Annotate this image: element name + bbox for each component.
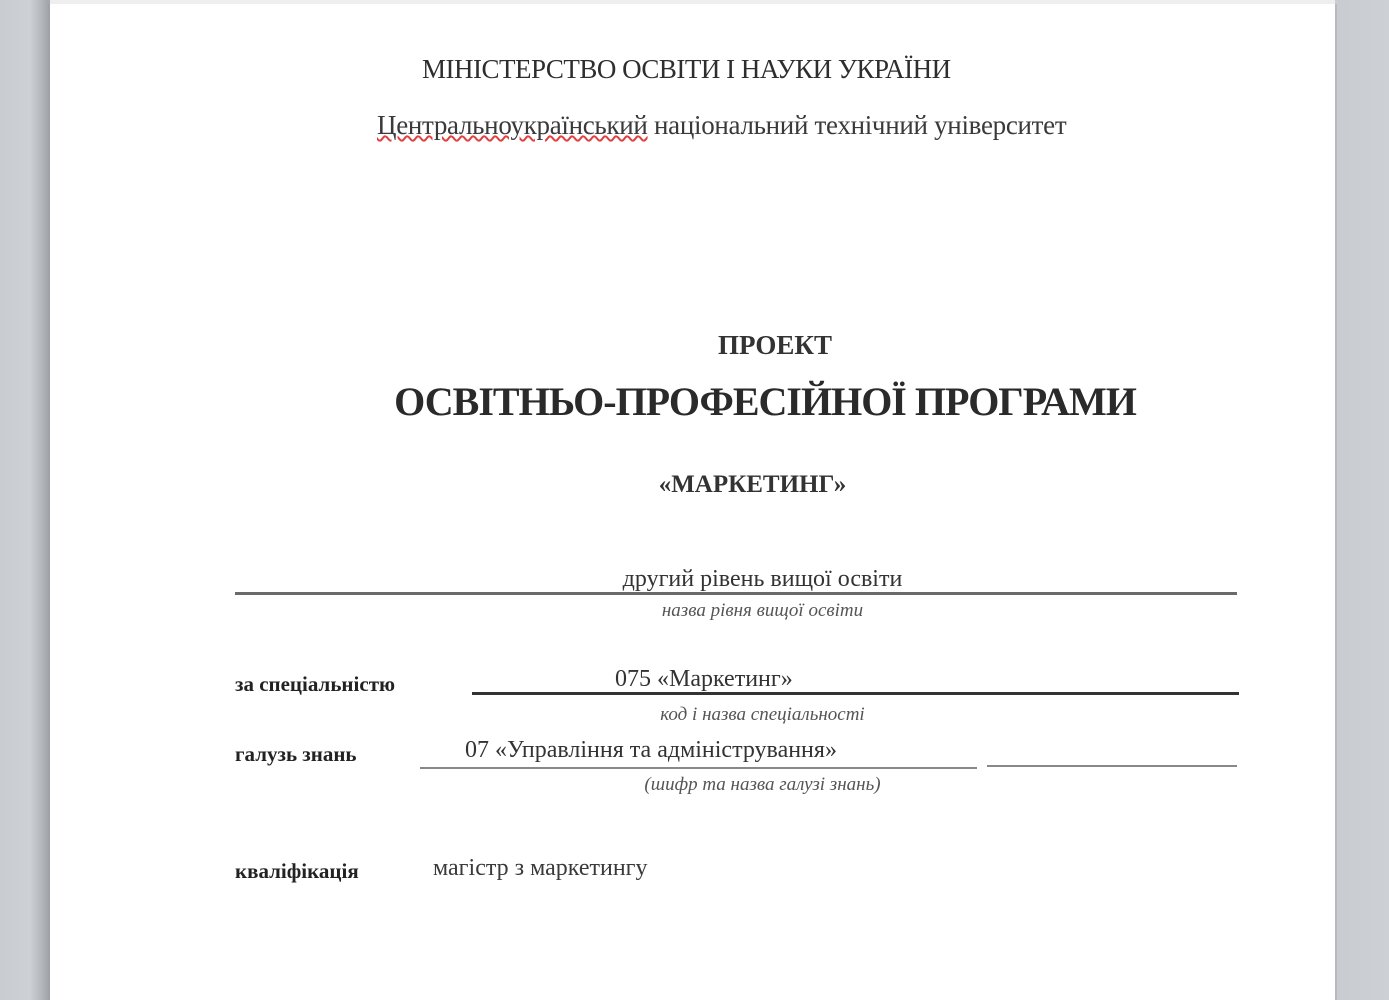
field-of-knowledge-line [420, 767, 977, 769]
specialty-caption: код і назва спеціальності [50, 704, 1335, 726]
program-title: ОСВІТНЬО-ПРОФЕСІЙНОЇ ПРОГРАМИ [50, 378, 1335, 425]
document-page[interactable]: МІНІСТЕРСТВО ОСВІТИ І НАУКИ УКРАЇНИ Цент… [50, 4, 1335, 1000]
education-level-value: другий рівень вищої освіти [50, 566, 1335, 593]
specialty-label: за спеціальністю [235, 672, 395, 697]
qualification-value: магістр з маркетингу [433, 855, 648, 882]
education-level-caption: назва рівня вищої освіти [50, 600, 1335, 622]
university-name-rest: національний технічний університет [648, 110, 1067, 140]
university-name: Центральноукраїнський національний техні… [377, 110, 1066, 141]
field-of-knowledge-value: 07 «Управління та адміністрування» [465, 737, 837, 764]
project-label: ПРОЕКТ [50, 330, 1335, 361]
specialty-line [472, 692, 1239, 695]
spellcheck-underlined-word[interactable]: Центральноукраїнський [377, 110, 648, 140]
field-of-knowledge-line-extra [987, 765, 1237, 767]
qualification-label: кваліфікація [235, 859, 359, 884]
education-level-line [235, 592, 1237, 595]
field-of-knowledge-label: галузь знань [235, 742, 357, 767]
field-of-knowledge-caption: (шифр та назва галузі знань) [50, 774, 1335, 796]
ministry-heading: МІНІСТЕРСТВО ОСВІТИ І НАУКИ УКРАЇНИ [422, 54, 951, 85]
specialty-value: 075 «Маркетинг» [615, 666, 793, 693]
program-name: «МАРКЕТИНГ» [50, 471, 1335, 499]
